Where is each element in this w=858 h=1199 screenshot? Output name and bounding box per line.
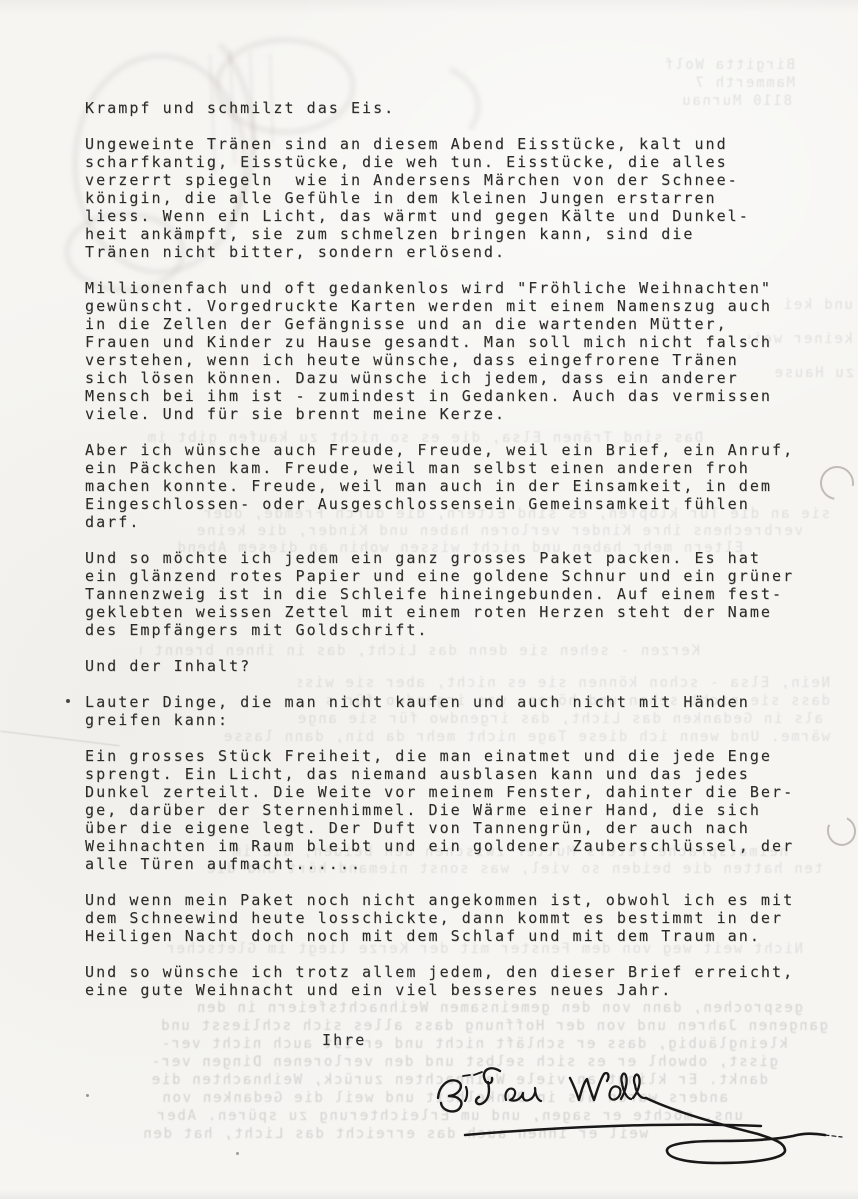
letter-paragraph: Lauter Dinge, die man nicht kaufen und a… — [85, 693, 794, 729]
letter-paragraph: Krampf und schmilzt das Eis. — [85, 99, 794, 117]
letter-paragraph: Und wenn mein Paket noch nicht angekomme… — [85, 891, 794, 945]
letter-paragraph: Und so möchte ich jedem ein ganz grosses… — [85, 549, 794, 639]
signature-birgitta-wolf — [428, 1056, 858, 1199]
scanned-letter-page: Birgitta Wolf Mammerth 7 8110 Murnau und… — [0, 0, 858, 1199]
ink-speck — [236, 1152, 239, 1155]
letter-paragraph: Ein grosses Stück Freiheit, die man eina… — [85, 747, 794, 873]
signature-stroke-icon — [428, 1056, 858, 1199]
letter-paragraph: Und der Inhalt? — [85, 657, 794, 675]
letter-paragraph: Und so wünsche ich trotz allem jedem, de… — [85, 963, 794, 999]
punch-ring-mark — [823, 812, 858, 850]
ink-speck — [86, 1094, 89, 1097]
letter-paragraph: Ungeweinte Tränen sind an diesem Abend E… — [85, 135, 794, 261]
letter-closing: Ihre — [322, 1031, 794, 1049]
punch-ring-mark — [813, 459, 858, 506]
letter-body: Krampf und schmilzt das Eis. Ungeweinte … — [0, 0, 794, 1049]
letter-paragraph: Aber ich wünsche auch Freude, Freude, we… — [85, 441, 794, 531]
letter-paragraph: Millionenfach und oft gedankenlos wird "… — [85, 279, 794, 423]
